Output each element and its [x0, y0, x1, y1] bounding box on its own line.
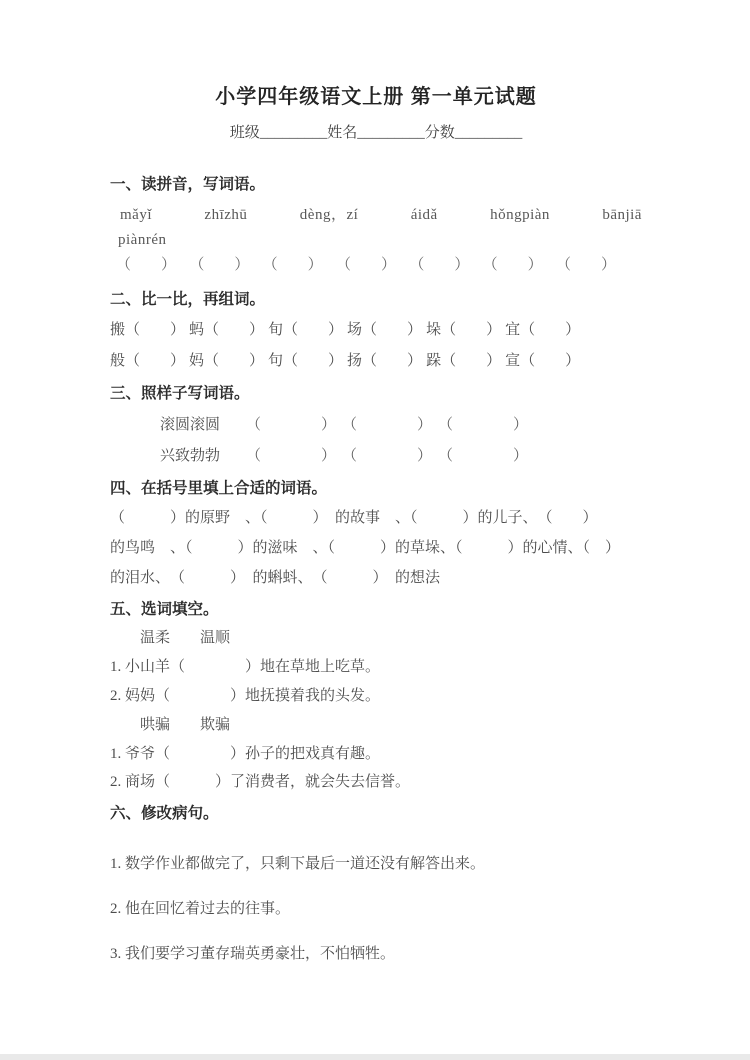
- question-item: 2. 商场（ ）了消费者，就会失去信誉。: [110, 773, 642, 791]
- fill-phrase-line: 的泪水、 （ ） 的蝌蚪、 （ ） 的想法: [110, 569, 642, 587]
- pinyin-word: piànrén: [110, 231, 642, 249]
- worksheet-content: 小学四年级语文上册 第一单元试题 班级_________姓名_________分…: [0, 0, 750, 963]
- answer-blank: （ ）: [246, 447, 336, 465]
- pattern-row: 兴致勃勃 （ ） （ ） （ ）: [110, 447, 642, 465]
- pattern-row: 滚圆滚圆 （ ） （ ） （ ）: [110, 416, 642, 434]
- example-word: 兴致勃勃: [160, 447, 220, 465]
- word-options: 温柔 温顺: [110, 629, 642, 647]
- pinyin-word: mǎyǐ: [120, 206, 152, 224]
- compare-words-row: 搬（ ） 蚂（ ） 旬（ ） 场（ ） 垛（ ） 宜（ ）: [110, 321, 642, 339]
- compare-words-row: 般（ ） 妈（ ） 句（ ） 扬（ ） 跺（ ） 宣（ ）: [110, 352, 642, 370]
- word-blank-cell: 垛（ ）: [426, 321, 501, 339]
- word-blank-cell: 妈（ ）: [189, 352, 264, 370]
- answer-blank: （ ）: [438, 416, 528, 434]
- answer-blank: （ ）: [483, 256, 543, 274]
- section-2-heading: 二、比一比，再组词。: [110, 291, 642, 310]
- pinyin-word: dèng，zí: [300, 206, 358, 224]
- fill-phrase-line: 的鸟鸣 、（ ）的滋味 、（ ）的草垛、（ ）的心情、（ ）: [110, 539, 642, 557]
- sentence-item: 2. 他在回忆着过去的往事。: [110, 900, 642, 918]
- section-5-heading: 五、选词填空。: [110, 601, 642, 620]
- sentence-item: 1. 数学作业都做完了，只剩下最后一道还没有解答出来。: [110, 855, 642, 873]
- pinyin-word: hǒngpiàn: [490, 206, 550, 224]
- student-info-line: 班级_________姓名_________分数_________: [110, 124, 642, 142]
- section-1-heading: 一、读拼音，写词语。: [110, 176, 642, 195]
- document-page: 小学四年级语文上册 第一单元试题 班级_________姓名_________分…: [0, 0, 750, 1060]
- word-options: 哄骗 欺骗: [110, 716, 642, 734]
- word-blank-cell: 跺（ ）: [426, 352, 501, 370]
- section-4-heading: 四、在括号里填上合适的词语。: [110, 480, 642, 499]
- answer-blank: （ ）: [409, 256, 469, 274]
- scan-edge: [0, 1054, 750, 1060]
- answer-blank-row: （ ） （ ） （ ） （ ） （ ） （ ） （ ）: [110, 256, 642, 274]
- pinyin-word: zhīzhū: [204, 206, 247, 224]
- pinyin-row: mǎyǐ zhīzhū dèng，zí áidǎ hǒngpiàn bānjiā: [110, 206, 642, 224]
- answer-blank: （ ）: [263, 256, 323, 274]
- example-word: 滚圆滚圆: [160, 416, 220, 434]
- question-item: 1. 小山羊（ ）地在草地上吃草。: [110, 658, 642, 676]
- answer-blank: （ ）: [246, 416, 336, 434]
- word-blank-cell: 场（ ）: [347, 321, 422, 339]
- answer-blank: （ ）: [189, 256, 249, 274]
- word-blank-cell: 扬（ ）: [347, 352, 422, 370]
- fill-phrase-line: （ ）的原野 、（ ） 的故事 、（ ）的儿子、 （ ）: [110, 509, 642, 527]
- answer-blank: （ ）: [116, 256, 176, 274]
- answer-blank: （ ）: [342, 416, 432, 434]
- word-blank-cell: 句（ ）: [268, 352, 343, 370]
- word-blank-cell: 宜（ ）: [505, 321, 580, 339]
- section-6-heading: 六、修改病句。: [110, 805, 642, 824]
- pinyin-word: bānjiā: [602, 206, 642, 224]
- answer-blank: （ ）: [438, 447, 528, 465]
- word-blank-cell: 旬（ ）: [268, 321, 343, 339]
- answer-blank: （ ）: [342, 447, 432, 465]
- answer-blank: （ ）: [336, 256, 396, 274]
- page-title: 小学四年级语文上册 第一单元试题: [110, 85, 642, 109]
- word-blank-cell: 搬（ ）: [110, 321, 185, 339]
- section-3-heading: 三、照样子写词语。: [110, 385, 642, 404]
- sentence-item: 3. 我们要学习董存瑞英勇豪壮，不怕牺牲。: [110, 945, 642, 963]
- word-blank-cell: 蚂（ ）: [189, 321, 264, 339]
- word-blank-cell: 般（ ）: [110, 352, 185, 370]
- question-item: 1. 爷爷（ ）孙子的把戏真有趣。: [110, 745, 642, 763]
- question-item: 2. 妈妈（ ）地抚摸着我的头发。: [110, 687, 642, 705]
- word-blank-cell: 宣（ ）: [505, 352, 580, 370]
- answer-blank: （ ）: [556, 256, 616, 274]
- pinyin-word: áidǎ: [411, 206, 438, 224]
